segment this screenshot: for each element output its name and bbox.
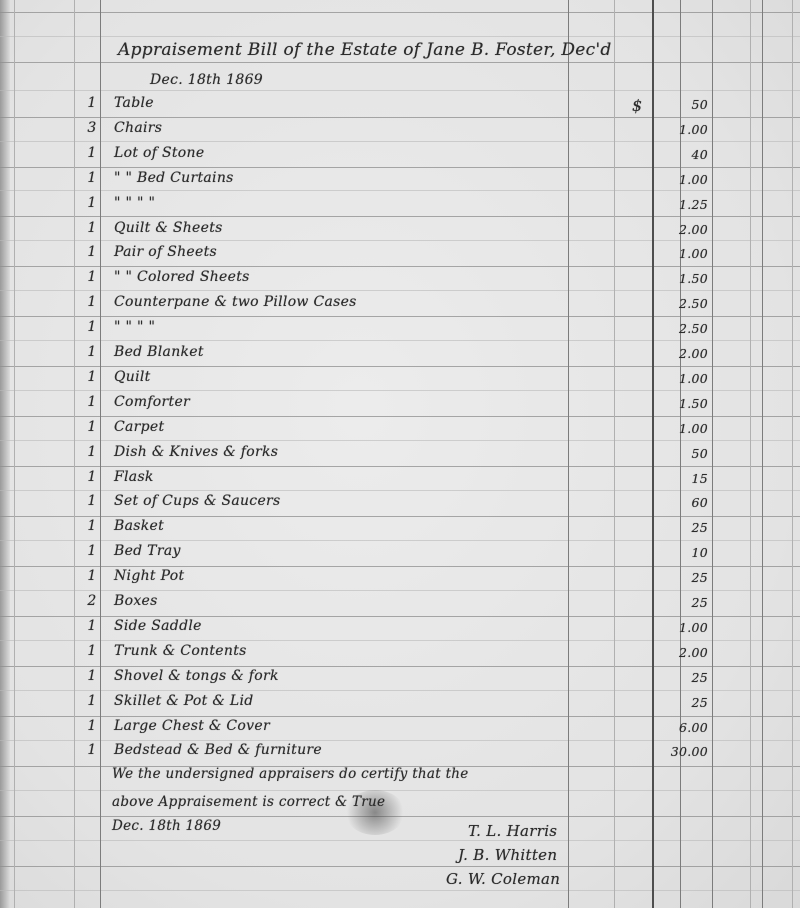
item-description: " " " ": [114, 319, 155, 335]
item-description: Comforter: [114, 394, 190, 410]
item-amount: 30.00: [648, 744, 708, 759]
item-quantity: 1: [84, 170, 100, 186]
item-amount: 25: [648, 520, 708, 535]
item-amount: 2.50: [648, 296, 708, 311]
item-description: Bed Tray: [114, 543, 181, 559]
item-amount: 1.00: [648, 421, 708, 436]
item-amount: 25: [648, 570, 708, 585]
item-quantity: 1: [84, 220, 100, 236]
item-amount: 25: [648, 695, 708, 710]
item-quantity: 1: [84, 643, 100, 659]
item-quantity: 1: [84, 394, 100, 410]
item-amount: 50: [648, 446, 708, 461]
item-amount: 1.00: [648, 122, 708, 137]
item-amount: 60: [648, 495, 708, 510]
item-amount: 1.00: [648, 246, 708, 261]
item-description: Counterpane & two Pillow Cases: [114, 294, 357, 310]
item-quantity: 1: [84, 718, 100, 734]
item-description: Trunk & Contents: [114, 643, 247, 659]
item-amount: 25: [648, 595, 708, 610]
item-amount: 1.00: [648, 620, 708, 635]
column-rule: [614, 0, 615, 908]
item-quantity: 1: [84, 618, 100, 634]
item-description: Carpet: [114, 419, 164, 435]
item-description: Basket: [114, 518, 164, 534]
item-description: Set of Cups & Saucers: [114, 493, 281, 509]
column-rule: [100, 0, 101, 908]
item-quantity: 1: [84, 693, 100, 709]
item-description: " " " ": [114, 195, 155, 211]
item-quantity: 1: [84, 568, 100, 584]
page-binding-edge: [0, 0, 10, 908]
item-description: " " Bed Curtains: [114, 170, 234, 186]
item-description: Boxes: [114, 593, 158, 609]
item-quantity: 1: [84, 294, 100, 310]
item-quantity: 1: [84, 469, 100, 485]
document-title: Appraisement Bill of the Estate of Jane …: [118, 40, 612, 60]
certification-line-1: We the undersigned appraisers do certify…: [112, 766, 469, 782]
item-quantity: 1: [84, 344, 100, 360]
item-quantity: 1: [84, 145, 100, 161]
item-amount: 50: [648, 97, 708, 112]
column-rule: [762, 0, 763, 908]
item-quantity: 1: [84, 493, 100, 509]
item-description: Pair of Sheets: [114, 244, 217, 260]
item-description: Dish & Knives & forks: [114, 444, 278, 460]
item-quantity: 1: [84, 95, 100, 111]
item-amount: 1.25: [648, 197, 708, 212]
column-rule: [792, 0, 793, 908]
signature-2: J. B. Whitten: [458, 846, 557, 864]
item-description: Bedstead & Bed & furniture: [114, 742, 322, 758]
item-amount: 1.00: [648, 172, 708, 187]
item-amount: 2.00: [648, 645, 708, 660]
item-quantity: 1: [84, 419, 100, 435]
item-description: Shovel & tongs & fork: [114, 668, 279, 684]
item-quantity: 1: [84, 742, 100, 758]
currency-symbol: $: [632, 96, 642, 115]
item-quantity: 1: [84, 319, 100, 335]
item-quantity: 1: [84, 668, 100, 684]
item-amount: 2.50: [648, 321, 708, 336]
item-amount: 2.00: [648, 346, 708, 361]
item-quantity: 1: [84, 244, 100, 260]
item-description: Chairs: [114, 120, 162, 136]
item-description: Night Pot: [114, 568, 184, 584]
document-date: Dec. 18th 1869: [150, 72, 263, 88]
item-description: Bed Blanket: [114, 344, 204, 360]
column-rule: [712, 0, 713, 908]
item-amount: 10: [648, 545, 708, 560]
item-description: Large Chest & Cover: [114, 718, 270, 734]
item-description: Lot of Stone: [114, 145, 204, 161]
item-amount: 6.00: [648, 720, 708, 735]
item-description: Flask: [114, 469, 154, 485]
column-rule: [750, 0, 751, 908]
item-quantity: 1: [84, 444, 100, 460]
item-description: Table: [114, 95, 154, 111]
item-quantity: 1: [84, 195, 100, 211]
certification-line-2: above Appraisement is correct & True: [112, 794, 385, 810]
item-amount: 25: [648, 670, 708, 685]
item-quantity: 2: [84, 593, 100, 609]
item-amount: 1.50: [648, 271, 708, 286]
item-quantity: 3: [84, 120, 100, 136]
item-description: Side Saddle: [114, 618, 202, 634]
item-amount: 1.50: [648, 396, 708, 411]
column-rule: [14, 0, 15, 908]
item-amount: 2.00: [648, 222, 708, 237]
signature-3: G. W. Coleman: [446, 870, 560, 888]
item-quantity: 1: [84, 518, 100, 534]
item-quantity: 1: [84, 269, 100, 285]
item-amount: 15: [648, 471, 708, 486]
item-description: Skillet & Pot & Lid: [114, 693, 254, 709]
item-quantity: 1: [84, 543, 100, 559]
item-description: Quilt & Sheets: [114, 220, 223, 236]
ledger-page: Appraisement Bill of the Estate of Jane …: [0, 0, 800, 908]
item-quantity: 1: [84, 369, 100, 385]
column-rule: [568, 0, 569, 908]
item-amount: 1.00: [648, 371, 708, 386]
item-description: " " Colored Sheets: [114, 269, 250, 285]
item-description: Quilt: [114, 369, 151, 385]
column-rule: [74, 0, 75, 908]
item-amount: 40: [648, 147, 708, 162]
signature-1: T. L. Harris: [468, 822, 557, 840]
certification-date: Dec. 18th 1869: [112, 818, 221, 834]
